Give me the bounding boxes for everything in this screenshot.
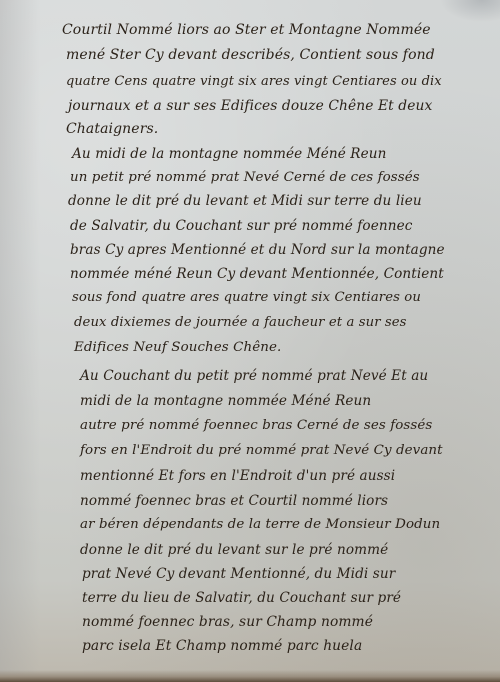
text-line: deux dixiemes de journée a faucheur et a… (74, 315, 407, 330)
text-line: mené Ster Cy devant describés, Contient … (66, 47, 435, 63)
text-line: nommée méné Reun Cy devant Mentionnée, C… (70, 266, 444, 282)
text-line: Chataigners. (66, 121, 158, 137)
text-line: donne le dit pré du levant sur le pré no… (80, 542, 388, 558)
text-line: autre pré nommé foennec bras Cerné de se… (80, 418, 432, 433)
text-line: nommé foennec bras, sur Champ nommé (82, 614, 373, 630)
text-line: donne le dit pré du levant et Midi sur t… (68, 193, 422, 209)
text-line: Au midi de la montagne nommée Méné Reun (72, 146, 386, 162)
text-line: terre du lieu de Salvatir, du Couchant s… (82, 590, 401, 606)
text-line: fors en l'Endroit du pré nommé prat Nevé… (80, 443, 443, 458)
text-line: mentionné Et fors en l'Endroit d'un pré … (80, 468, 395, 484)
text-line: parc isela Et Champ nommé parc huela (82, 638, 362, 654)
text-line: ar béren dépendants de la terre de Monsi… (80, 517, 440, 532)
text-line: Courtil Nommé liors ao Ster et Montagne … (62, 22, 431, 38)
paper-fold-shadow (0, 0, 40, 682)
text-line: nommé foennec bras et Courtil nommé lior… (80, 493, 388, 509)
paper-stain (440, 0, 500, 22)
text-line: bras Cy apres Mentionné et du Nord sur l… (70, 242, 445, 258)
text-line: Edifices Neuf Souches Chêne. (74, 340, 281, 355)
paper-torn-edge (0, 670, 500, 682)
text-line: sous fond quatre ares quatre vingt six C… (72, 290, 421, 305)
text-line: un petit pré nommé prat Nevé Cerné de ce… (70, 170, 420, 185)
text-line: midi de la montagne nommée Méné Reun (80, 393, 371, 409)
text-line: quatre Cens quatre vingt six ares vingt … (66, 74, 442, 89)
text-line: prat Nevé Cy devant Mentionné, du Midi s… (82, 566, 395, 582)
text-line: journaux et a sur ses Edifices douze Chê… (68, 98, 432, 114)
text-line: Au Couchant du petit pré nommé prat Nevé… (80, 368, 428, 384)
text-line: de Salvatir, du Couchant sur pré nommé f… (70, 218, 412, 234)
manuscript-page: Courtil Nommé liors ao Ster et Montagne … (0, 0, 500, 682)
